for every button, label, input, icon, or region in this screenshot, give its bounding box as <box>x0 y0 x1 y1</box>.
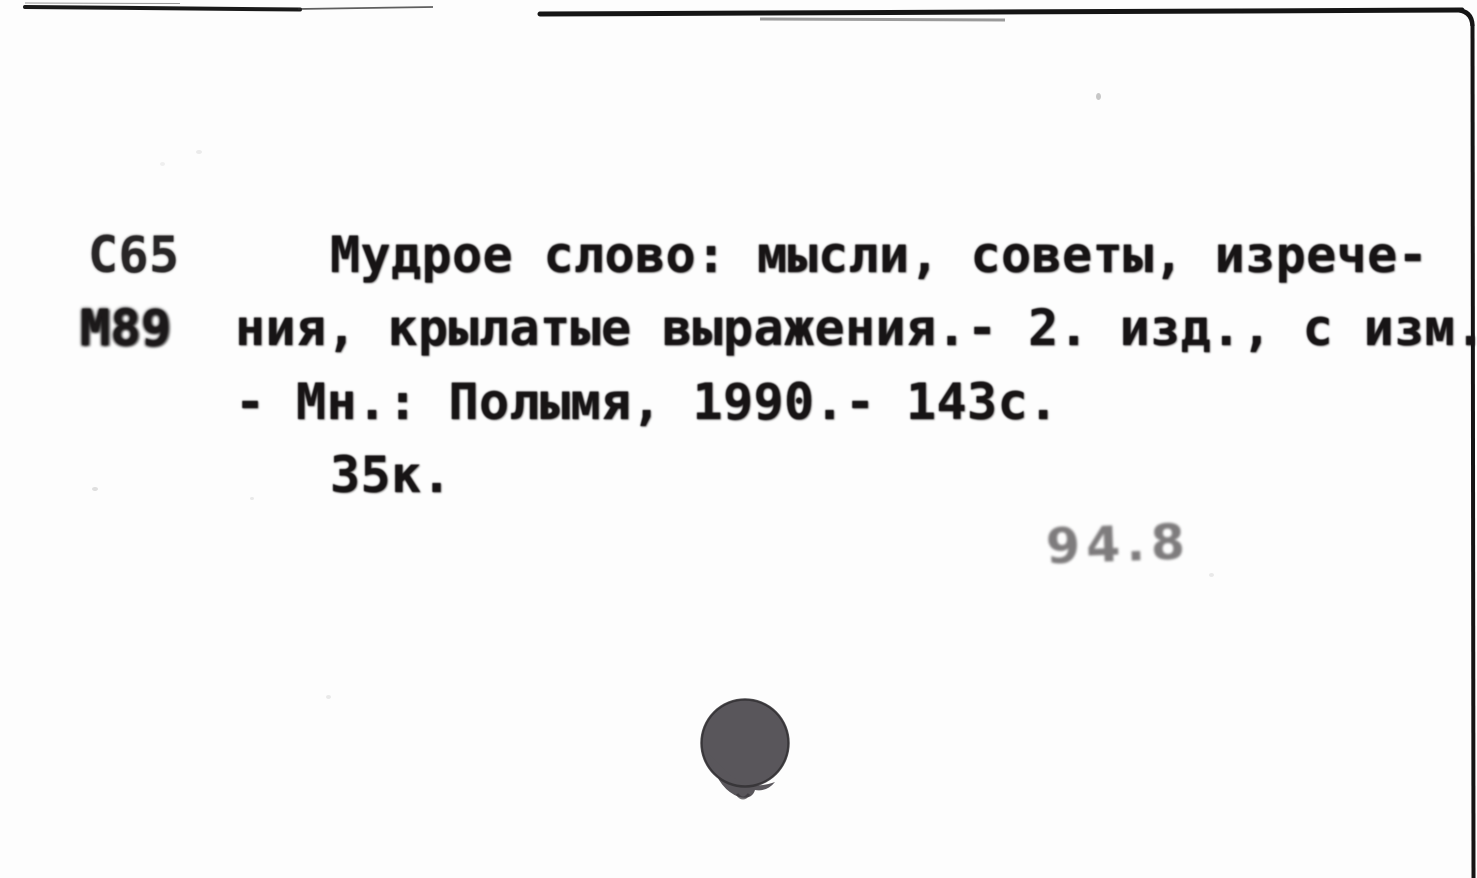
call-number-cutter: М89 <box>80 303 172 353</box>
number-stamp: 94.8 <box>1045 513 1192 575</box>
ink-speck <box>250 497 254 500</box>
top-edge-left-line <box>25 7 300 10</box>
catalog-card-scan: С65 М89 Мудрое слово: мысли, советы, изр… <box>0 0 1477 878</box>
title-line-1: Мудрое слово: мысли, советы, изрече- <box>330 230 1428 280</box>
price-line: 35к. <box>330 450 452 500</box>
call-number-class: С65 <box>88 230 180 280</box>
ink-speck <box>326 695 331 699</box>
ink-speck <box>196 150 202 154</box>
ink-speck <box>1209 573 1214 577</box>
right-edge-line <box>1473 24 1474 878</box>
top-edge-left-line-tail <box>298 7 433 9</box>
imprint-line: - Мн.: Полымя, 1990.- 143с. <box>235 377 1059 427</box>
top-right-corner <box>1455 10 1473 26</box>
title-line-2: ния, крылатые выражения.- 2. изд., с изм… <box>235 303 1477 353</box>
hole-punch <box>697 694 807 814</box>
ink-speck <box>160 162 165 166</box>
top-edge-right-line <box>540 10 1462 14</box>
ink-speck <box>1096 93 1101 100</box>
ink-speck <box>92 487 98 491</box>
